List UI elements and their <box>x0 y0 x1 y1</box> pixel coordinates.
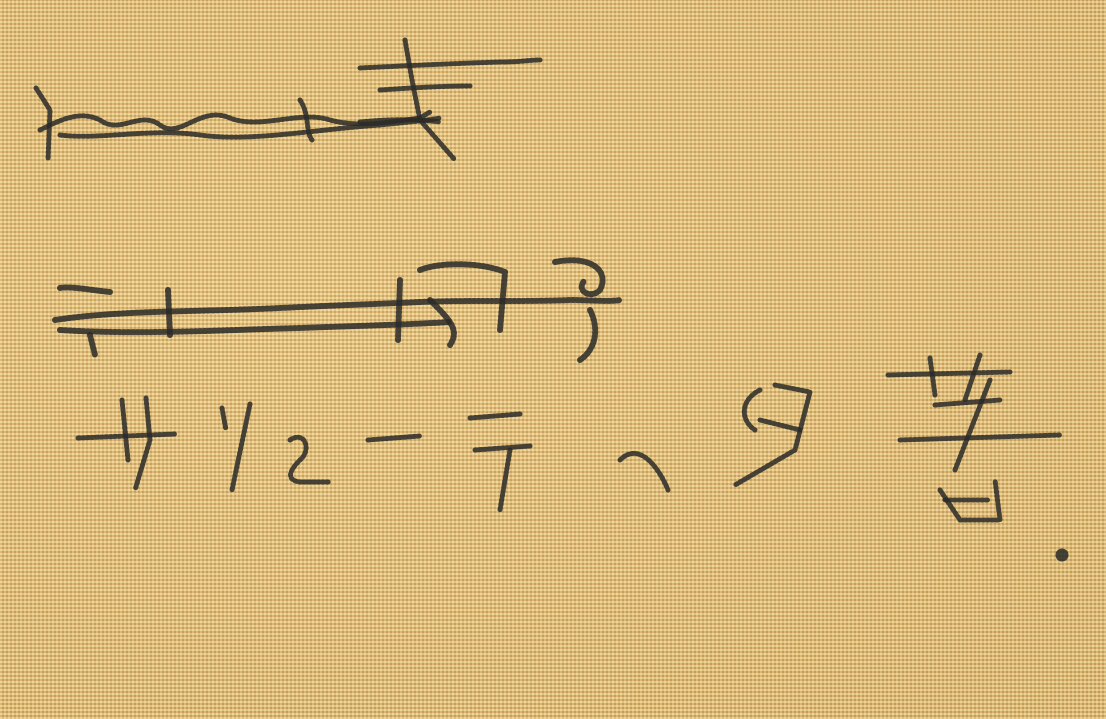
inscription-line-2-text: (illegible scribble) <box>55 290 424 336</box>
canvas-background: (illegible signature / title scribble) (… <box>0 0 1106 719</box>
inscription-line-3-text: サ½ーテのタ 著. <box>78 400 686 515</box>
inscription-line-1-text: (illegible signature / title scribble) <box>36 100 731 146</box>
